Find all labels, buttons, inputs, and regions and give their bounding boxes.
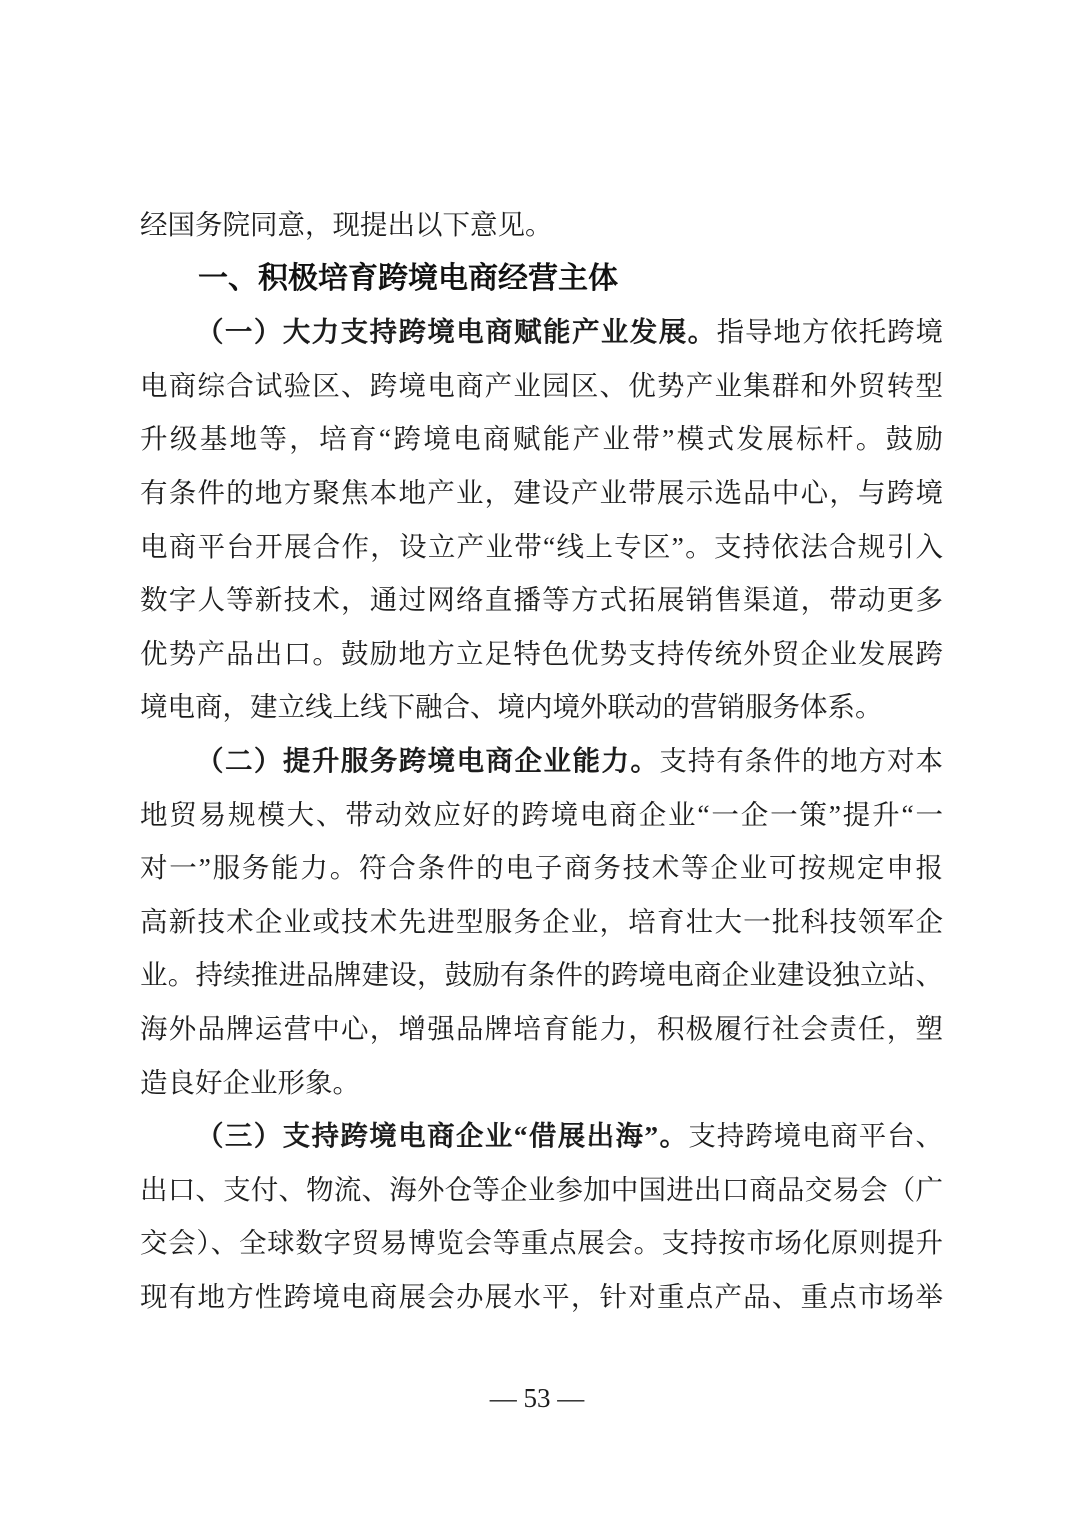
paragraph-1-line: 数字人等新技术，通过网络直播等方式拓展销售渠道，带动更多	[140, 573, 943, 627]
paragraph-1: （一）大力支持跨境电商赋能产业发展。指导地方依托跨境 电商综合试验区、跨境电商产…	[140, 305, 943, 734]
document-page: 经国务院同意，现提出以下意见。 一、积极培育跨境电商经营主体 （一）大力支持跨境…	[0, 0, 1074, 1520]
page-footer: — 53 —	[0, 1381, 1074, 1415]
paragraph-1-first-line: （一）大力支持跨境电商赋能产业发展。指导地方依托跨境	[140, 305, 943, 359]
paragraph-2-first-line: （二）提升服务跨境电商企业能力。支持有条件的地方对本	[140, 734, 943, 788]
paragraph-1-line: 优势产品出口。鼓励地方立足特色优势支持传统外贸企业发展跨	[140, 627, 943, 681]
paragraph-2-first-line-rest: 支持有条件的地方对本	[659, 745, 943, 776]
document-body: 经国务院同意，现提出以下意见。 一、积极培育跨境电商经营主体 （一）大力支持跨境…	[140, 198, 943, 1323]
paragraph-1-first-line-rest: 指导地方依托跨境	[717, 316, 943, 347]
paragraph-2: （二）提升服务跨境电商企业能力。支持有条件的地方对本 地贸易规模大、带动效应好的…	[140, 734, 943, 1109]
paragraph-3-line: 出口、支付、物流、海外仓等企业参加中国进出口商品交易会（广	[140, 1163, 943, 1217]
paragraph-2-line: 地贸易规模大、带动效应好的跨境电商企业“一企一策”提升“一	[140, 788, 943, 842]
paragraph-3-first-line: （三）支持跨境电商企业“借展出海”。支持跨境电商平台、	[140, 1109, 943, 1163]
paragraph-2-line: 高新技术企业或技术先进型服务企业，培育壮大一批科技领军企	[140, 895, 943, 949]
paragraph-2-line: 业。持续推进品牌建设，鼓励有条件的跨境电商企业建设独立站、	[140, 948, 943, 1002]
paragraph-1-line: 电商综合试验区、跨境电商产业园区、优势产业集群和外贸转型	[140, 359, 943, 413]
paragraph-1-line: 有条件的地方聚焦本地产业，建设产业带展示选品中心，与跨境	[140, 466, 943, 520]
paragraph-1-line: 升级基地等，培育“跨境电商赋能产业带”模式发展标杆。鼓励	[140, 412, 943, 466]
section-heading: 一、积极培育跨境电商经营主体	[140, 252, 943, 306]
paragraph-2-line: 对一”服务能力。符合条件的电子商务技术等企业可按规定申报	[140, 841, 943, 895]
paragraph-3-lead: （三）支持跨境电商企业“借展出海”。	[196, 1120, 688, 1151]
paragraph-3-first-line-rest: 支持跨境电商平台、	[688, 1120, 943, 1151]
paragraph-2-line: 海外品牌运营中心，增强品牌培育能力，积极履行社会责任，塑	[140, 1002, 943, 1056]
paragraph-3-line: 交会）、全球数字贸易博览会等重点展会。支持按市场化原则提升	[140, 1216, 943, 1270]
paragraph-1-line: 电商平台开展合作，设立产业带“线上专区”。支持依法合规引入	[140, 520, 943, 574]
paragraph-2-lead: （二）提升服务跨境电商企业能力。	[196, 745, 659, 776]
paragraph-2-last-line: 造良好企业形象。	[140, 1056, 943, 1110]
paragraph-3-line: 现有地方性跨境电商展会办展水平，针对重点产品、重点市场举	[140, 1270, 943, 1324]
intro-line: 经国务院同意，现提出以下意见。	[140, 198, 943, 252]
paragraph-1-lead: （一）大力支持跨境电商赋能产业发展。	[196, 316, 717, 347]
page-number: — 53 —	[490, 1383, 585, 1413]
paragraph-1-last-line: 境电商，建立线上线下融合、境内境外联动的营销服务体系。	[140, 680, 943, 734]
paragraph-3: （三）支持跨境电商企业“借展出海”。支持跨境电商平台、 出口、支付、物流、海外仓…	[140, 1109, 943, 1323]
